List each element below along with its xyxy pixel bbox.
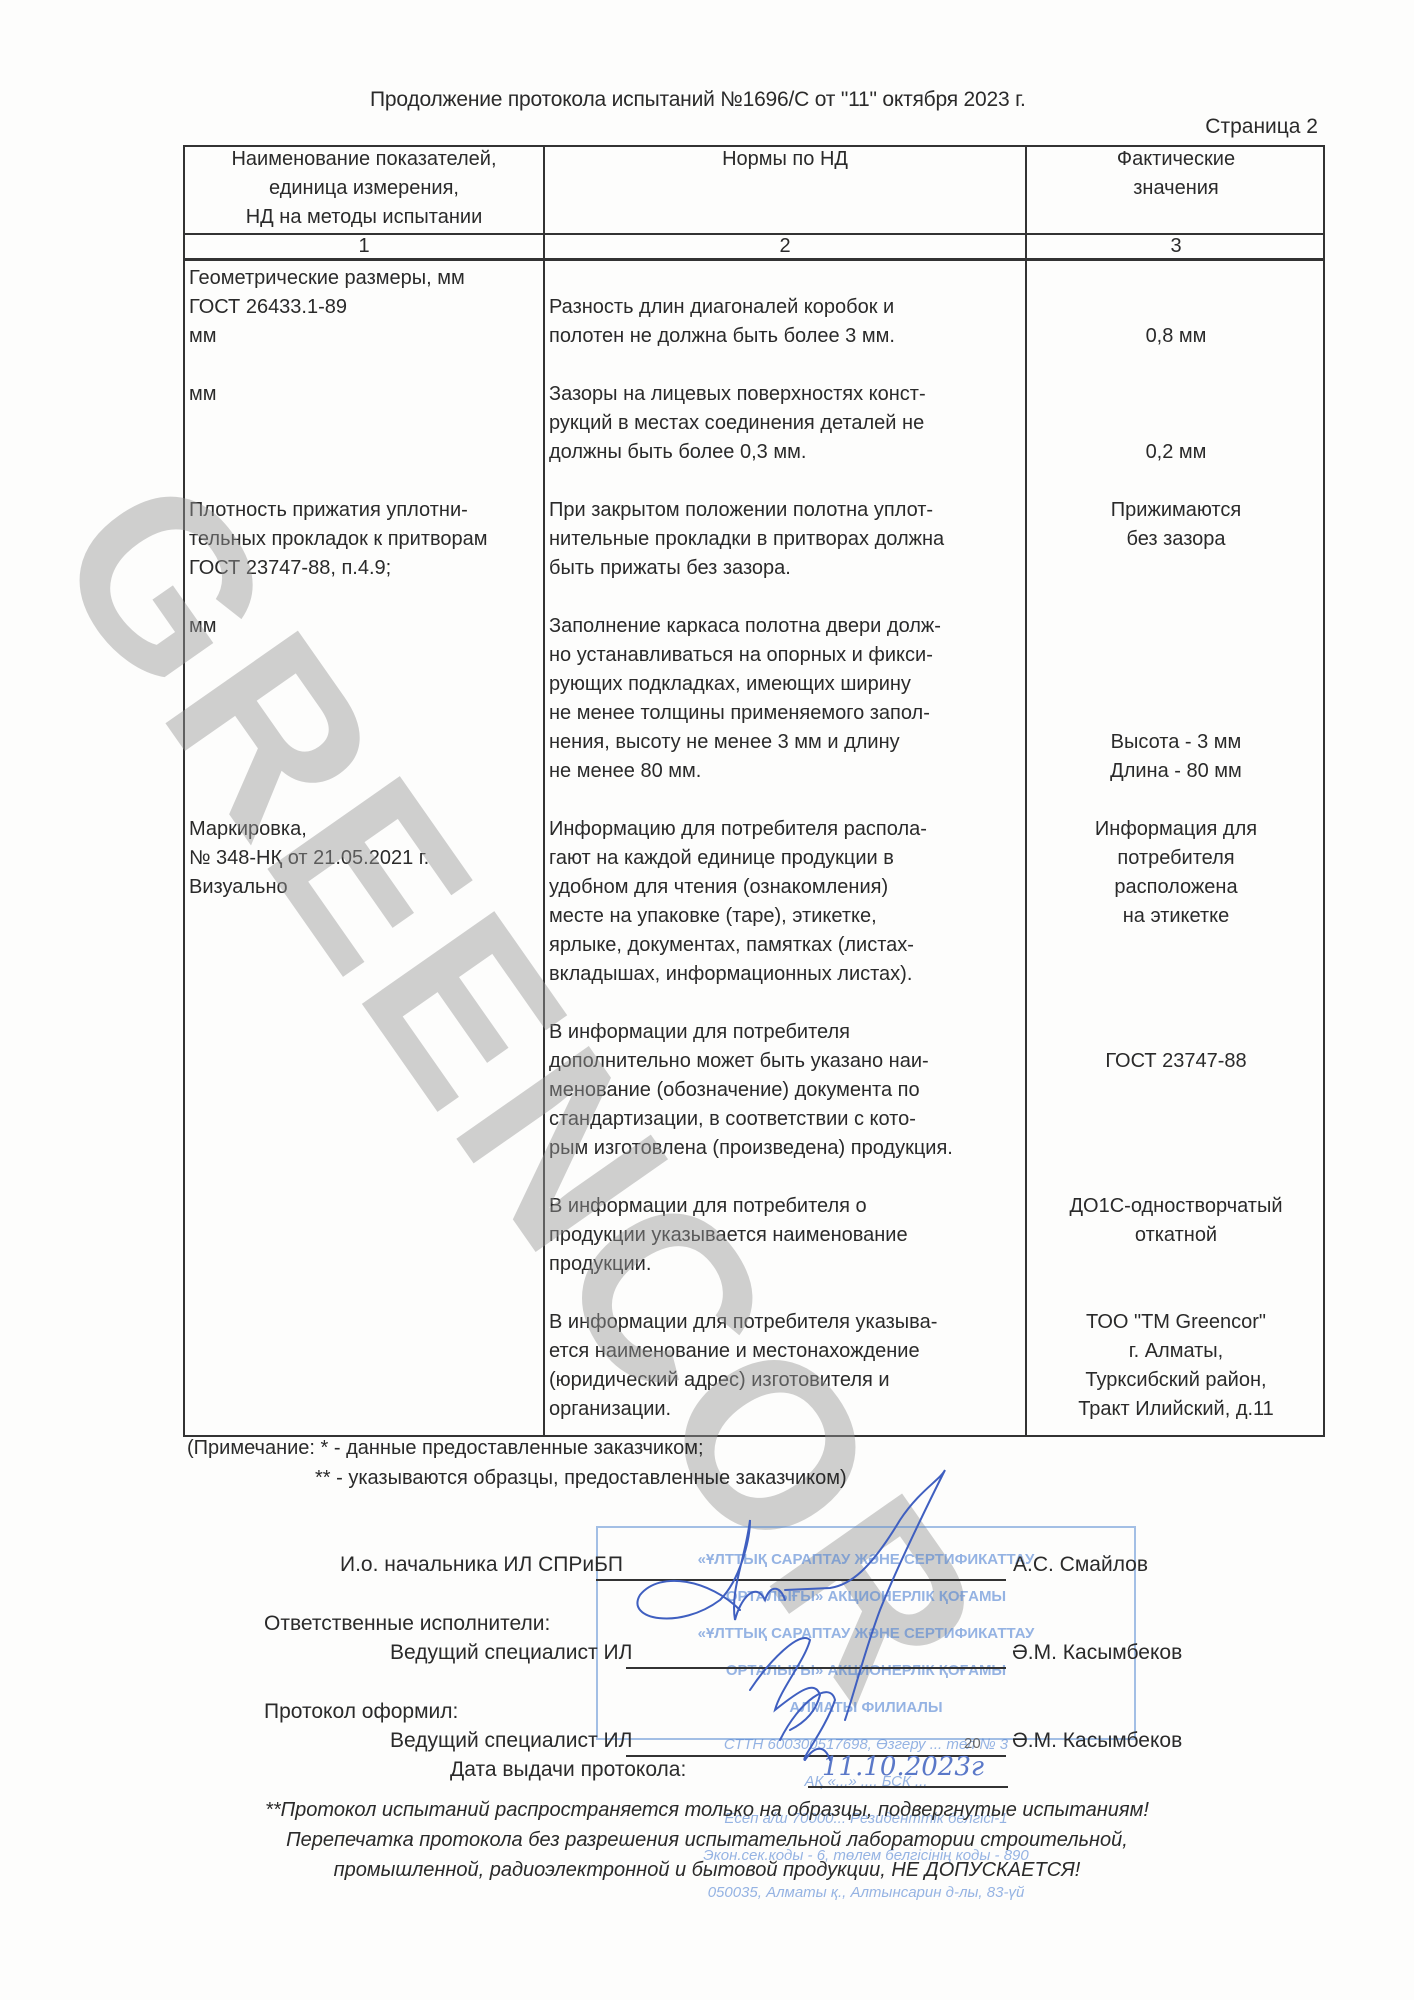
table-cell-indicator: Плотность прижатия уплотни- тельных прок…	[189, 496, 488, 583]
table-cell-actual: 0,8 мм	[1027, 322, 1325, 351]
signature-line	[596, 1579, 1006, 1581]
stamp-line: ОРТАЛЫҒЫ» АКЦИОНЕРЛІК ҚОҒАМЫ	[598, 1588, 1134, 1607]
table-cell-norm: При закрытом положении полотна уплот- ни…	[549, 496, 944, 583]
column-divider	[543, 147, 545, 1435]
date-line	[808, 1786, 1008, 1788]
executor-name: Ә.М. Касымбеков	[1012, 1641, 1182, 1665]
table-cell-actual: ДО1С-одностворчатый откатной	[1027, 1192, 1325, 1250]
issue-date-handwritten: 11.10.2023г	[822, 1752, 984, 1782]
head-of-lab-name: А.С. Смайлов	[1013, 1553, 1148, 1577]
table-cell-actual: 0,2 мм	[1027, 438, 1325, 467]
executor-role: Ведущий специалист ИЛ	[390, 1641, 632, 1665]
issue-date-label: Дата выдачи протокола:	[450, 1758, 686, 1782]
table-cell-indicator: Маркировка, № 348-НҚ от 21.05.2021 г. Ви…	[189, 815, 429, 902]
footer-disclaimer-1: **Протокол испытаний распространяется то…	[157, 1795, 1257, 1825]
table-cell-indicator: мм	[189, 612, 217, 641]
signature-line	[626, 1667, 1006, 1669]
row-divider	[185, 258, 1323, 261]
stamp-line: 050035, Алматы қ., Алтынсарин д-лы, 83-ү…	[598, 1884, 1134, 1903]
table-cell-actual: Прижимаются без зазора	[1027, 496, 1325, 554]
results-table: Наименование показателей, единица измере…	[183, 145, 1325, 1437]
prepared-name: Ә.М. Касымбеков	[1012, 1729, 1182, 1753]
table-cell-indicator: Геометрические размеры, мм ГОСТ 26433.1-…	[189, 264, 465, 351]
table-cell-norm: Заполнение каркаса полотна двери долж- н…	[549, 612, 941, 786]
stamp-line: АЛМАТЫ ФИЛИАЛЫ	[598, 1699, 1134, 1718]
table-cell-actual: ГОСТ 23747-88	[1027, 1047, 1325, 1076]
table-cell-norm: В информации для потребителя дополнитель…	[549, 1018, 953, 1163]
document-title: Продолжение протокола испытаний №1696/С …	[370, 88, 1026, 112]
column-header-norms: Нормы по НД	[545, 145, 1025, 174]
column-header-actual: Фактические значения	[1027, 145, 1325, 203]
prepared-by-label: Протокол оформил:	[264, 1700, 458, 1724]
table-cell-actual: Высота - 3 мм Длина - 80 мм	[1027, 728, 1325, 786]
note-line-1: (Примечание: * - данные предоставленные …	[187, 1437, 704, 1460]
table-cell-norm: Информацию для потребителя распола- гают…	[549, 815, 927, 989]
year-fragment: 20	[964, 1735, 981, 1752]
table-cell-norm: В информации для потребителя о продукции…	[549, 1192, 908, 1279]
table-cell-actual: ТОО "ТМ Greencor" г. Алматы, Турксибский…	[1027, 1308, 1325, 1424]
head-of-lab-label: И.о. начальника ИЛ СПРиБП	[340, 1553, 623, 1577]
column-number: 1	[185, 235, 543, 258]
column-header-indicator: Наименование показателей, единица измере…	[185, 145, 543, 232]
table-cell-norm: Зазоры на лицевых поверхностях конст- ру…	[549, 380, 926, 467]
table-cell-indicator: мм	[189, 380, 217, 409]
prepared-role: Ведущий специалист ИЛ	[390, 1729, 632, 1753]
table-cell-actual: Информация для потребителя расположена н…	[1027, 815, 1325, 931]
column-number: 3	[1027, 235, 1325, 258]
page-number: Страница 2	[1205, 115, 1318, 139]
executors-label: Ответственные исполнители:	[264, 1612, 550, 1636]
footer-disclaimer-3: промышленной, радиоэлектронной и бытовой…	[157, 1855, 1257, 1885]
table-cell-norm: Разность длин диагоналей коробок и полот…	[549, 293, 895, 351]
footer-disclaimer-2: Перепечатка протокола без разрешения исп…	[157, 1825, 1257, 1855]
table-cell-norm: В информации для потребителя указыва- ет…	[549, 1308, 937, 1424]
note-line-2: ** - указываются образцы, предоставленны…	[315, 1467, 847, 1490]
column-number: 2	[545, 235, 1025, 258]
